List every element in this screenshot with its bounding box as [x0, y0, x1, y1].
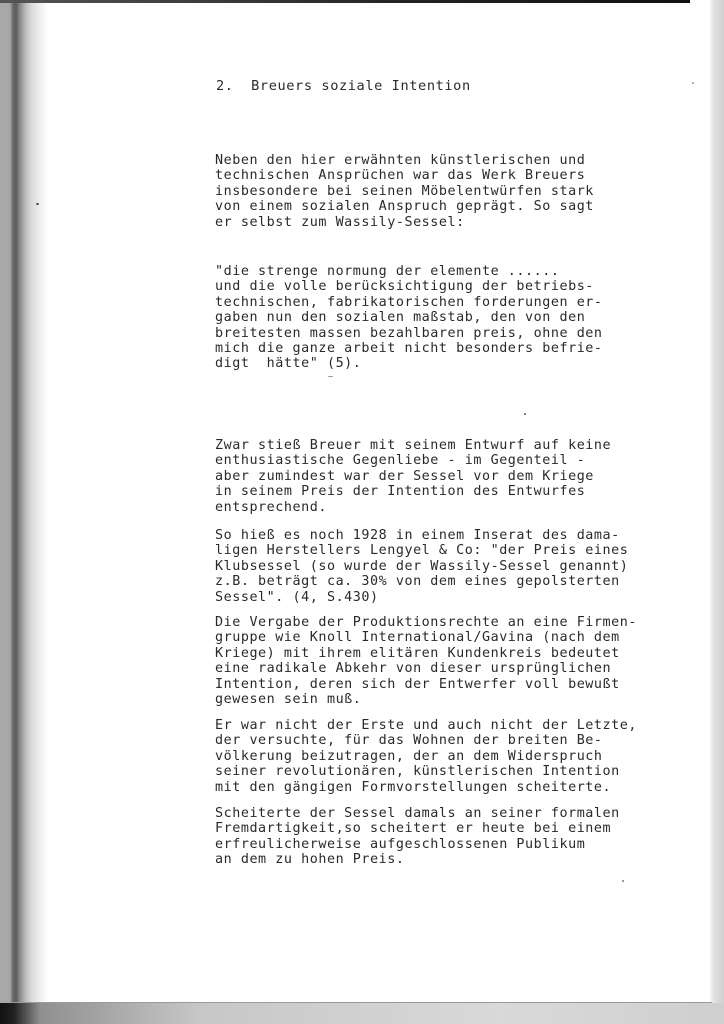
text-line: aber zumindest war der Sessel vor dem Kr… [215, 469, 611, 484]
text-line: Kriege) mit ihrem elitären Kundenkreis b… [215, 646, 637, 661]
text-line: gruppe wie Knoll International/Gavina (n… [215, 630, 637, 645]
text-line: und die volle berücksichtigung der betri… [215, 279, 603, 294]
scan-speck [36, 203, 39, 205]
text-line: Intention, deren sich der Entwerfer voll… [215, 677, 637, 692]
text-line: Neben den hier erwähnten künstlerischen … [215, 153, 594, 168]
text-line: insbesondere bei seinen Möbelentwürfen s… [215, 184, 594, 199]
text-line: erfreulicherweise aufgeschlossenen Publi… [215, 837, 620, 852]
text-line: mit den gängigen Formvorstellungen schei… [215, 780, 637, 795]
paragraph-conclusion: Scheiterte der Sessel damals an seiner f… [215, 806, 620, 868]
paragraph-not-first: Er war nicht der Erste und auch nicht de… [215, 718, 637, 795]
text-line: "die strenge normung der elemente ...... [215, 264, 603, 279]
text-line: er selbst zum Wassily-Sessel: [215, 215, 594, 230]
text-line: von einem sozialen Anspruch geprägt. So … [215, 199, 594, 214]
text-line: digt hätte" (5). [215, 356, 603, 371]
text-line: Klubsessel (so wurde der Wassily-Sessel … [215, 559, 628, 574]
text-line: breitesten massen bezahlbaren preis, ohn… [215, 326, 603, 341]
text-line: in seinem Preis der Intention des Entwur… [215, 484, 611, 499]
paragraph-quote: "die strenge normung der elemente ......… [215, 264, 603, 372]
text-line: So hieß es noch 1928 in einem Inserat de… [215, 528, 628, 543]
text-line: technischen Ansprüchen war das Werk Breu… [215, 168, 594, 183]
text-line: ligen Herstellers Lengyel & Co: "der Pre… [215, 543, 628, 558]
text-line: Er war nicht der Erste und auch nicht de… [215, 718, 637, 733]
text-line: enthusiastische Gegenliebe - im Gegentei… [215, 453, 611, 468]
text-line: entsprechend. [215, 500, 611, 515]
paragraph-intro: Neben den hier erwähnten künstlerischen … [215, 153, 594, 230]
scan-speck [622, 880, 624, 882]
text-line: seiner revolutionären, künstlerischen In… [215, 764, 637, 779]
scan-speck [524, 413, 526, 415]
text-line: mich die ganze arbeit nicht besonders be… [215, 341, 603, 356]
text-line: völkerung beizutragen, der an dem Widers… [215, 749, 637, 764]
text-line: der versuchte, für das Wohnen der breite… [215, 733, 637, 748]
text-line: Scheiterte der Sessel damals an seiner f… [215, 806, 620, 821]
paragraph-production-rights: Die Vergabe der Produktionsrechte an ein… [215, 615, 637, 707]
text-line: Fremdartigkeit,so scheitert er heute bei… [215, 821, 620, 836]
text-line: z.B. beträgt ca. 30% von dem eines gepol… [215, 574, 628, 589]
paragraph-advertisement: So hieß es noch 1928 in einem Inserat de… [215, 528, 628, 605]
scan-speck [692, 82, 694, 84]
text-line: Sessel". (4, S.430) [215, 590, 628, 605]
typewritten-page: 2. Breuers soziale Intention Neben den h… [0, 0, 724, 1024]
text-line: technischen, fabrikatorischen forderunge… [215, 295, 603, 310]
text-line: Die Vergabe der Produktionsrechte an ein… [215, 615, 637, 630]
paragraph-reception: Zwar stieß Breuer mit seinem Entwurf auf… [215, 438, 611, 515]
section-heading: 2. Breuers soziale Intention [216, 78, 471, 94]
scan-speck [328, 376, 333, 377]
text-line: an dem zu hohen Preis. [215, 852, 620, 867]
text-line: gewesen sein muß. [215, 692, 637, 707]
text-line: eine radikale Abkehr von dieser ursprüng… [215, 661, 637, 676]
text-line: gaben nun den sozialen maßstab, den von … [215, 310, 603, 325]
text-line: Zwar stieß Breuer mit seinem Entwurf auf… [215, 438, 611, 453]
